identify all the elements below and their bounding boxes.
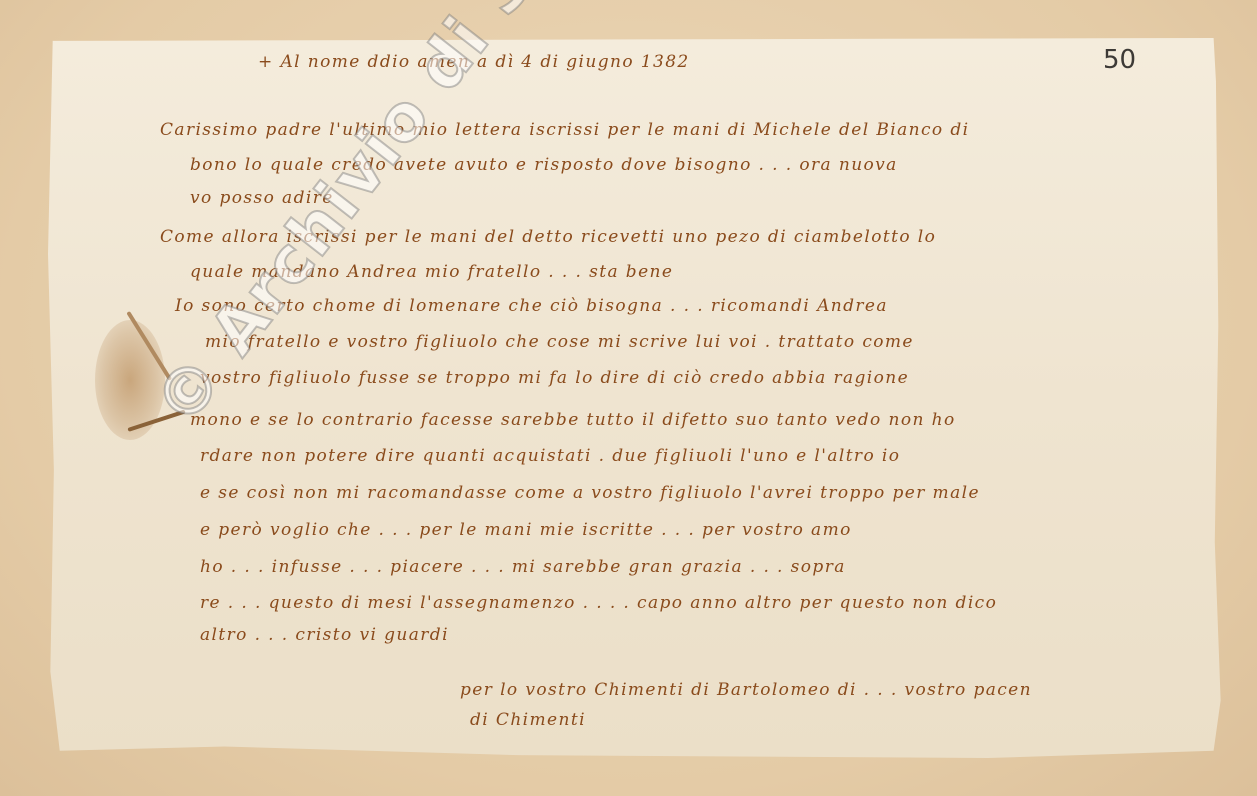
- signature-line: di Chimenti: [470, 710, 586, 730]
- text-line: rdare non potere dire quanti acquistati …: [200, 446, 900, 466]
- text-line: mio fratello e vostro figliuolo che cose…: [205, 332, 914, 352]
- text-line: vostro figliuolo fusse se troppo mi fa l…: [200, 368, 909, 388]
- text-line: mono e se lo contrario facesse sarebbe t…: [190, 410, 956, 430]
- text-line: Carissimo padre l'ultimo mio lettera isc…: [160, 120, 969, 140]
- text-line: re . . . questo di mesi l'assegnamenzo .…: [200, 593, 997, 613]
- signature-line: per lo vostro Chimenti di Bartolomeo di …: [460, 680, 1032, 700]
- folio-number: 50: [1103, 45, 1136, 75]
- text-line: bono lo quale credo avete avuto e rispos…: [190, 155, 898, 175]
- text-line: ho . . . infusse . . . piacere . . . mi …: [200, 557, 846, 577]
- text-line: altro . . . cristo vi guardi: [200, 625, 449, 645]
- text-line: e però voglio che . . . per le mani mie …: [200, 520, 852, 540]
- text-line: e se così non mi racomandasse come a vos…: [200, 483, 980, 503]
